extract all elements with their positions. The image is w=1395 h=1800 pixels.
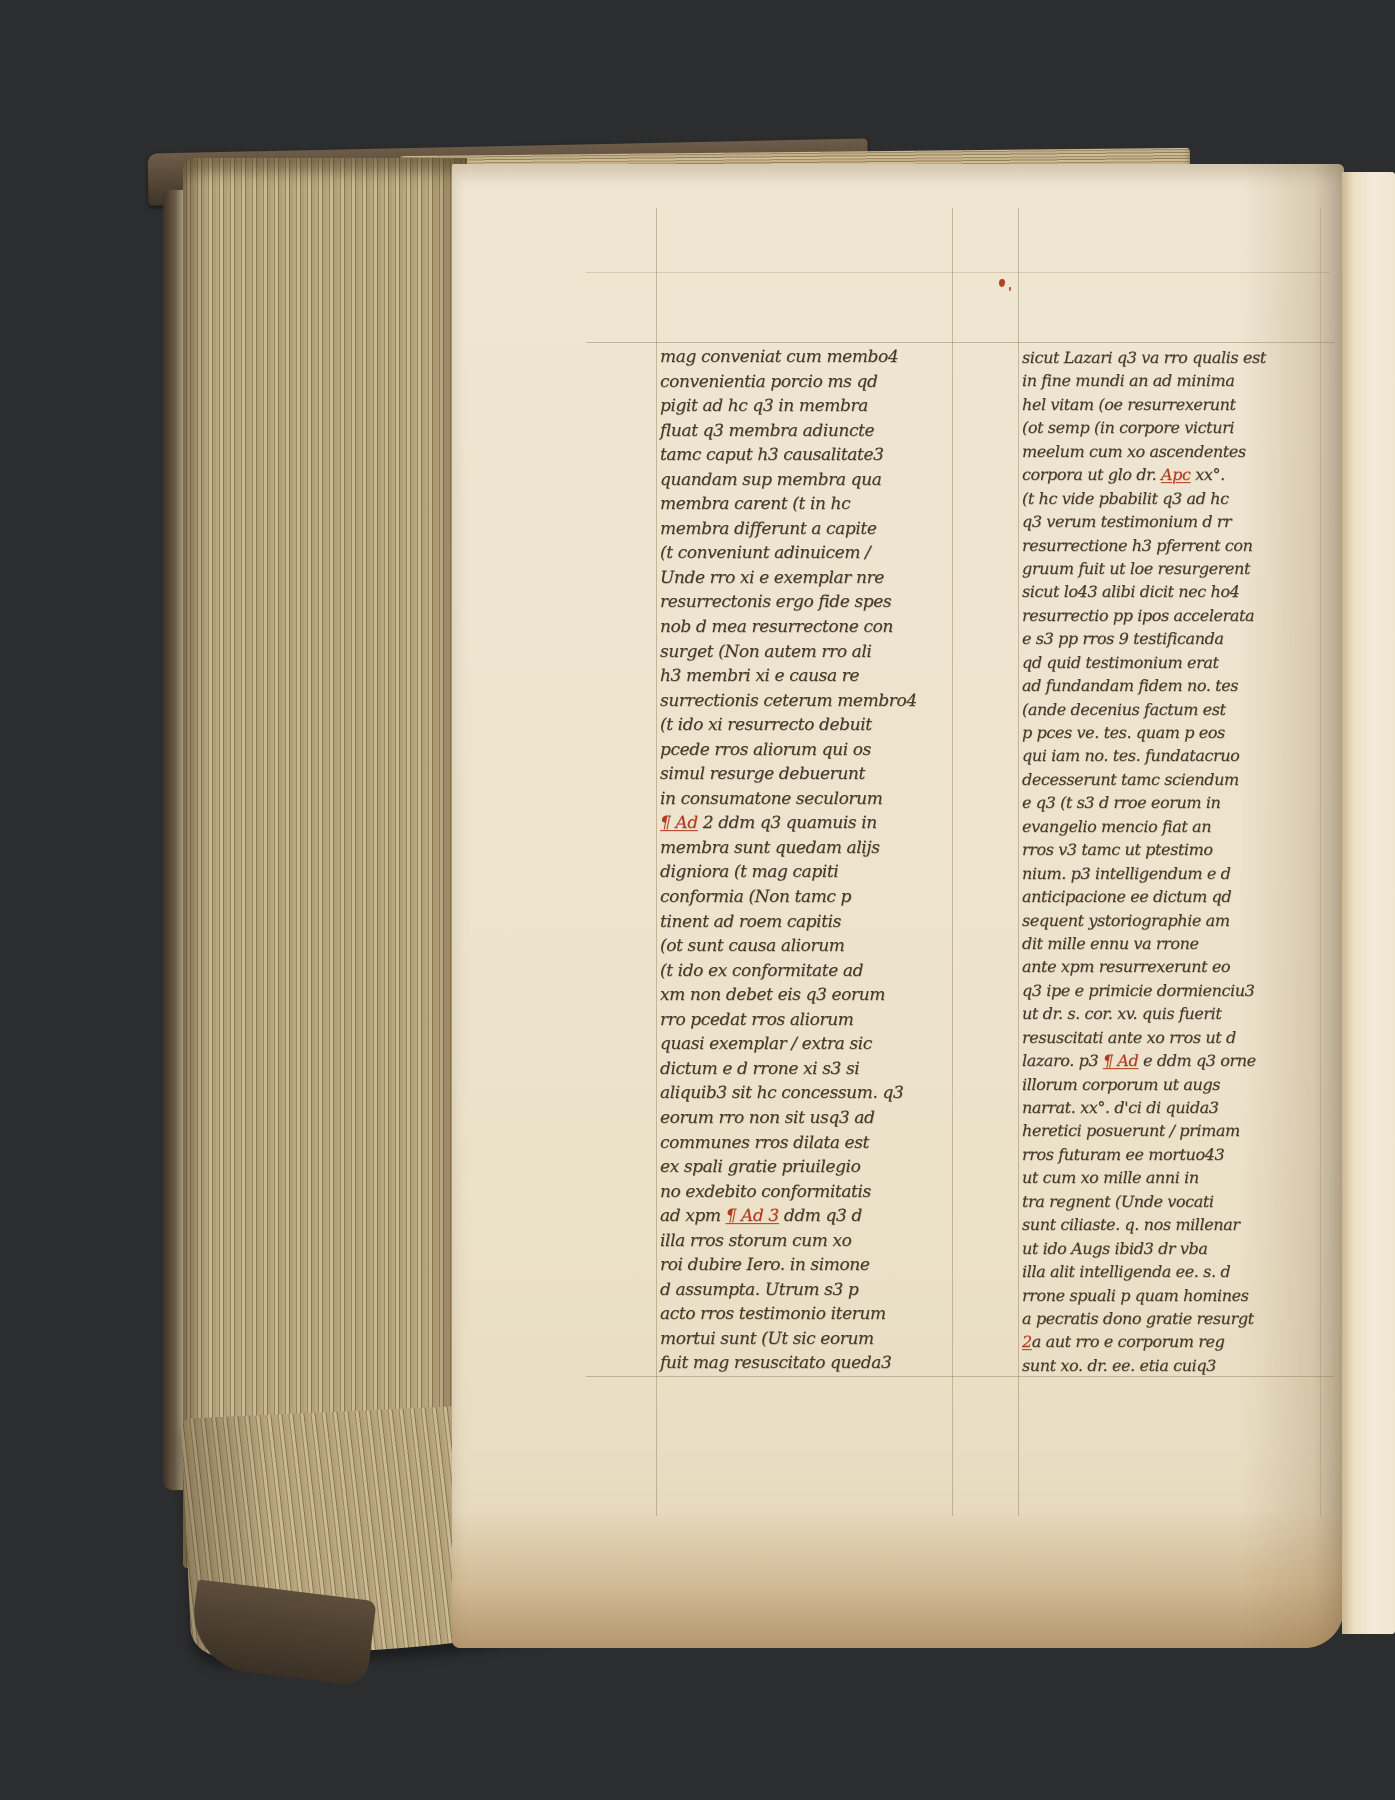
- rubric-text: 2: [1022, 1332, 1032, 1351]
- manuscript-text-line: ut dr. s. cor. xv. quis fuerit: [1022, 1002, 1340, 1025]
- manuscript-text-line: membra sunt quedam alijs: [660, 836, 952, 861]
- manuscript-text-line: in fine mundi an ad minima: [1022, 369, 1340, 392]
- manuscript-text-line: (t ido xi resurrecto debuit: [660, 713, 952, 738]
- manuscript-text-line: sicut lo43 alibi dicit nec ho4: [1022, 580, 1340, 603]
- manuscript-text-line: a pecratis dono gratie resurgt: [1022, 1307, 1340, 1330]
- manuscript-text-line: conformia (Non tamc p: [660, 885, 952, 910]
- manuscript-text-line: in consumatone seculorum: [660, 787, 952, 812]
- manuscript-text-line: sunt ciliaste. q. nos millenar: [1022, 1213, 1340, 1236]
- manuscript-text-line: qd quid testimonium erat: [1022, 651, 1340, 674]
- manuscript-text-line: sicut Lazari q3 va rro qualis est: [1022, 346, 1340, 369]
- rubric-text: Apc: [1161, 465, 1191, 484]
- manuscript-text-line: illa rros storum cum xo: [660, 1229, 952, 1254]
- manuscript-text-line: ad xpm ¶ Ad 3 ddm q3 d: [660, 1204, 952, 1229]
- manuscript-text-line: rros futuram ee mortuo43: [1022, 1143, 1340, 1166]
- manuscript-text-line: narrat. xx°. d'ci di quida3: [1022, 1096, 1340, 1119]
- manuscript-text-line: heretici posuerunt / primam: [1022, 1119, 1340, 1142]
- manuscript-text-line: aliquib3 sit hc concessum. q3: [660, 1081, 952, 1106]
- facing-page-sliver: [1342, 172, 1395, 1634]
- manuscript-text-line: pigit ad hc q3 in membra: [660, 394, 952, 419]
- ruling-line-horizontal-upper-margin: [586, 272, 1330, 273]
- manuscript-text-line: e q3 (t s3 d rroe eorum in: [1022, 791, 1340, 814]
- manuscript-text-line: tamc caput h3 causalitate3: [660, 443, 952, 468]
- manuscript-text-line: resurrectonis ergo fide spes: [660, 590, 952, 615]
- manuscript-text-line: fluat q3 membra adiuncte: [660, 419, 952, 444]
- manuscript-text-line: evangelio mencio fiat an: [1022, 815, 1340, 838]
- manuscript-text-line: q3 ipe e primicie dormienciu3: [1022, 979, 1340, 1002]
- manuscript-text-line: quandam sup membra qua: [660, 468, 952, 493]
- manuscript-text-line: xm non debet eis q3 eorum: [660, 983, 952, 1008]
- manuscript-text-line: surget (Non autem rro ali: [660, 640, 952, 665]
- manuscript-text-line: hel vitam (oe resurrexerunt: [1022, 393, 1340, 416]
- text-column-left: mag conveniat cum membo4convenientia por…: [660, 345, 952, 1376]
- manuscript-text-line: pcede rros aliorum qui os: [660, 738, 952, 763]
- manuscript-text-line: tinent ad roem capitis: [660, 910, 952, 935]
- manuscript-text-line: resuscitati ante xo rros ut d: [1022, 1026, 1340, 1049]
- manuscript-text-line: h3 membri xi e causa re: [660, 664, 952, 689]
- manuscript-text-line: resurrectio pp ipos accelerata: [1022, 604, 1340, 627]
- manuscript-text-line: (t hc vide pbabilit q3 ad hc: [1022, 487, 1340, 510]
- manuscript-text-line: communes rros dilata est: [660, 1131, 952, 1156]
- manuscript-text-line: rrone spuali p quam homines: [1022, 1284, 1340, 1307]
- manuscript-text-line: p pces ve. tes. quam p eos: [1022, 721, 1340, 744]
- manuscript-text-line: rros v3 tamc ut ptestimo: [1022, 838, 1340, 861]
- manuscript-text-line: tra regnent (Unde vocati: [1022, 1190, 1340, 1213]
- manuscript-text-line: (t conveniunt adinuicem /: [660, 541, 952, 566]
- manuscript-text-line: (ot semp (in corpore victuri: [1022, 416, 1340, 439]
- manuscript-text-line: mag conveniat cum membo4: [660, 345, 952, 370]
- manuscript-text-line: meelum cum xo ascendentes: [1022, 440, 1340, 463]
- manuscript-text-line: quasi exemplar / extra sic: [660, 1032, 952, 1057]
- page-stack-fore-edge: [183, 158, 467, 1568]
- manuscript-text-line: ad fundandam fidem no. tes: [1022, 674, 1340, 697]
- manuscript-text-line: dit mille ennu va rrone: [1022, 932, 1340, 955]
- manuscript-text-line: roi dubire Iero. in simone: [660, 1253, 952, 1278]
- ruling-line-vertical-gutter-right: [1018, 208, 1019, 1516]
- manuscript-text-line: Unde rro xi e exemplar nre: [660, 566, 952, 591]
- manuscript-text-line: simul resurge debuerunt: [660, 762, 952, 787]
- page-bottom-toning: [452, 1508, 1344, 1648]
- manuscript-text-line: illorum corporum ut augs: [1022, 1073, 1340, 1096]
- manuscript-text-line: e s3 pp rros 9 testificanda: [1022, 627, 1340, 650]
- manuscript-text-line: (ot sunt causa aliorum: [660, 934, 952, 959]
- manuscript-text-line: 2a aut rro e corporum reg: [1022, 1330, 1340, 1353]
- manuscript-text-line: sunt xo. dr. ee. etia cuiq3: [1022, 1354, 1340, 1377]
- rubric-text: ¶ Ad: [1103, 1051, 1138, 1070]
- rubric-text: ¶ Ad 3: [726, 1206, 779, 1226]
- manuscript-text-line: ut cum xo mille anni in: [1022, 1166, 1340, 1189]
- manuscript-text-line: surrectionis ceterum membro4: [660, 689, 952, 714]
- photo-backdrop: mag conveniat cum membo4convenientia por…: [0, 0, 1395, 1800]
- rubric-text: ¶ Ad: [660, 813, 698, 833]
- manuscript-text-line: sequent ystoriographie am: [1022, 909, 1340, 932]
- manuscript-text-line: qui iam no. tes. fundatacruo: [1022, 744, 1340, 767]
- manuscript-text-line: (ande decenius factum est: [1022, 698, 1340, 721]
- manuscript-text-line: ex spali gratie priuilegio: [660, 1155, 952, 1180]
- manuscript-text-line: (t ido ex conformitate ad: [660, 959, 952, 984]
- ruling-line-horizontal-text-top: [586, 342, 1334, 343]
- manuscript-text-line: no exdebito conformitatis: [660, 1180, 952, 1205]
- manuscript-text-line: digniora (t mag capiti: [660, 860, 952, 885]
- manuscript-text-line: ¶ Ad 2 ddm q3 quamuis in: [660, 811, 952, 836]
- manuscript-text-line: corpora ut glo dr. Apc xx°.: [1022, 463, 1340, 486]
- manuscript-text-line: ut ido Augs ibid3 dr vba: [1022, 1237, 1340, 1260]
- manuscript-text-line: d assumpta. Utrum s3 p: [660, 1278, 952, 1303]
- manuscript-text-line: nob d mea resurrectone con: [660, 615, 952, 640]
- manuscript-text-line: acto rros testimonio iterum: [660, 1302, 952, 1327]
- manuscript-text-line: convenientia porcio ms qd: [660, 370, 952, 395]
- ruling-line-vertical-left-column: [656, 208, 657, 1516]
- text-column-right: sicut Lazari q3 va rro qualis estin fine…: [1022, 346, 1340, 1377]
- manuscript-text-line: eorum rro non sit usq3 ad: [660, 1106, 952, 1131]
- manuscript-text-line: dictum e d rrone xi s3 si: [660, 1057, 952, 1082]
- manuscript-text-line: gruum fuit ut loe resurgerent: [1022, 557, 1340, 580]
- manuscript-text-line: membra carent (t in hc: [660, 492, 952, 517]
- manuscript-text-line: resurrectione h3 pferrent con: [1022, 534, 1340, 557]
- manuscript-text-line: lazaro. p3 ¶ Ad e ddm q3 orne: [1022, 1049, 1340, 1072]
- manuscript-text-line: decesserunt tamc sciendum: [1022, 768, 1340, 791]
- manuscript-text-line: mortui sunt (Ut sic eorum: [660, 1327, 952, 1352]
- manuscript-text-line: q3 verum testimonium d rr: [1022, 510, 1340, 533]
- manuscript-text-line: anticipacione ee dictum qd: [1022, 885, 1340, 908]
- manuscript-text-line: ante xpm resurrexerunt eo: [1022, 955, 1340, 978]
- manuscript-text-line: membra differunt a capite: [660, 517, 952, 542]
- manuscript-text-line: illa alit intelligenda ee. s. d: [1022, 1260, 1340, 1283]
- ruling-line-vertical-gutter-left: [952, 208, 953, 1516]
- manuscript-text-line: nium. p3 intelligendum e d: [1022, 862, 1340, 885]
- manuscript-text-line: fuit mag resuscitato queda3: [660, 1351, 952, 1376]
- manuscript-text-line: rro pcedat rros aliorum: [660, 1008, 952, 1033]
